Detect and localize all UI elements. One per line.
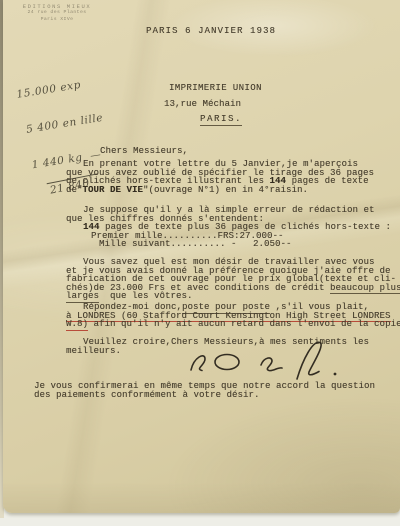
letterhead-name: EDITIONS MIEUX [12,3,102,10]
closing-line: meilleurs. [66,347,121,356]
body-line: larges que les vôtres. [66,292,193,301]
recipient-name: IMPRIMERIE UNION [169,84,262,93]
letterhead: EDITIONS MIEUX 24 rue des Plantes Paris … [12,3,102,23]
recipient-city: PARIS. [200,115,242,126]
dateline: PARIS 6 JANVIER 1938 [146,27,276,36]
recipient-street: 13,rue Méchain [164,100,241,109]
annotation-line: 15.000 exp [16,76,99,101]
body-line: de"TOUR DE VIE"(ouvrage N°1) en in 4°rai… [66,186,308,195]
annotation-line: 5 400 en lille [21,112,104,137]
letter-page: EDITIONS MIEUX 24 rue des Plantes Paris … [3,0,400,513]
postscript-line: des paiements conformément à votre désir… [34,391,260,400]
letterhead-city: Paris XIVe [12,17,102,24]
body-line: W.8) afin qu'il n'y ait aucun retard dan… [66,320,400,329]
salutation: Chers Messieurs, [100,147,188,156]
price-line: Mille suivant.......... - 2.050-- [99,240,292,249]
signature-scrawl [181,337,353,387]
